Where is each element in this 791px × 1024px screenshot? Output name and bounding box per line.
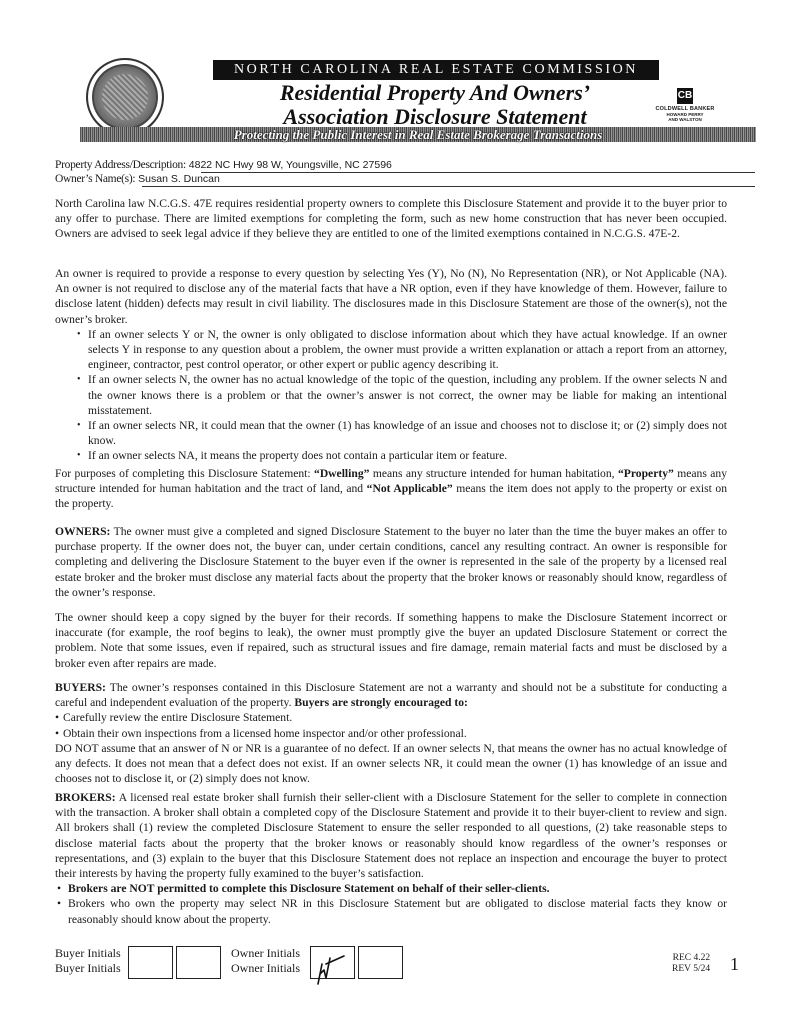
owner-initials-labels: Owner Initials Owner Initials — [231, 946, 300, 976]
list-item: If an owner selects NR, it could mean th… — [77, 418, 727, 448]
owner-initials-signature-icon — [306, 950, 351, 986]
buyers-emphasis: Buyers are strongly encouraged to: — [294, 696, 467, 709]
broker-logo-sub2: AND WALSTON — [655, 117, 715, 122]
buyer-initials-box-1[interactable] — [128, 946, 173, 979]
brokers-text: A licensed real estate broker shall furn… — [55, 791, 727, 880]
document-title-line1: Residential Property And Owners’ — [210, 80, 660, 106]
intro-paragraph-2: An owner is required to provide a respon… — [55, 266, 727, 327]
owner-name-value[interactable]: Susan S. Duncan — [138, 173, 220, 185]
owner-name-row: Owner’s Name(s): Susan S. Duncan — [55, 172, 755, 186]
term-property: “Property” — [618, 467, 674, 480]
form-code: REC 4.22 — [672, 953, 710, 964]
coldwell-banker-logo: CB COLDWELL BANKER HOWARD PERRY AND WALS… — [655, 88, 715, 122]
tagline-banner: Protecting the Public Interest in Real E… — [80, 127, 756, 142]
buyers-warning: DO NOT assume that an answer of N or NR … — [55, 741, 727, 787]
owner-name-label: Owner’s Name(s): — [55, 173, 135, 185]
intro-section: North Carolina law N.C.G.S. 47E requires… — [55, 196, 727, 242]
definitions-paragraph: For purposes of completing this Disclosu… — [55, 466, 727, 512]
definition-dwelling: means any structure intended for human h… — [369, 467, 618, 480]
owners-update-section: The owner should keep a copy signed by t… — [55, 610, 727, 671]
property-address-value[interactable]: 4822 NC Hwy 98 W, Youngsville, NC 27596 — [189, 159, 392, 171]
intro-paragraph-1: North Carolina law N.C.G.S. 47E requires… — [55, 196, 727, 242]
owner-initials-box-2[interactable] — [358, 946, 403, 979]
owner-initials-label-2: Owner Initials — [231, 961, 300, 976]
owners-heading: OWNERS: — [55, 525, 110, 538]
seal-emblem-icon — [102, 74, 148, 120]
buyer-initials-labels: Buyer Initials Buyer Initials — [55, 946, 121, 976]
response-options-section: An owner is required to provide a respon… — [55, 266, 727, 464]
response-options-list: If an owner selects Y or N, the owner is… — [55, 327, 727, 464]
buyer-initials-box-2[interactable] — [176, 946, 221, 979]
buyer-initials-label-2: Buyer Initials — [55, 961, 121, 976]
brokers-heading: BROKERS: — [55, 791, 116, 804]
list-item: If an owner selects N, the owner has no … — [77, 372, 727, 418]
list-item: Obtain their own inspections from a lice… — [55, 726, 727, 741]
buyers-heading: BUYERS: — [55, 681, 106, 694]
owners-update-paragraph: The owner should keep a copy signed by t… — [55, 610, 727, 671]
definitions-intro: For purposes of completing this Disclosu… — [55, 467, 314, 480]
buyers-section: BUYERS: The owner’s responses contained … — [55, 680, 727, 786]
commission-name-banner: NORTH CAROLINA REAL ESTATE COMMISSION — [213, 60, 659, 80]
brokers-paragraph: BROKERS: A licensed real estate broker s… — [55, 790, 727, 881]
buyers-list: Carefully review the entire Disclosure S… — [55, 710, 727, 740]
list-item: If an owner selects Y or N, the owner is… — [77, 327, 727, 373]
owners-section: OWNERS: The owner must give a completed … — [55, 524, 727, 600]
owners-text: The owner must give a completed and sign… — [55, 525, 727, 599]
tagline-text: Protecting the Public Interest in Real E… — [234, 127, 603, 142]
definitions-section: For purposes of completing this Disclosu… — [55, 466, 727, 512]
list-item: Brokers are NOT permitted to complete th… — [55, 881, 727, 896]
form-revision-info: REC 4.22 REV 5/24 — [672, 953, 710, 975]
owner-name-underline — [142, 186, 755, 187]
buyers-paragraph: BUYERS: The owner’s responses contained … — [55, 680, 727, 710]
list-item: Carefully review the entire Disclosure S… — [55, 710, 727, 725]
property-address-row: Property Address/Description: 4822 NC Hw… — [55, 158, 755, 172]
term-dwelling: “Dwelling” — [314, 467, 369, 480]
cb-mark-icon: CB — [677, 88, 693, 104]
form-revision: REV 5/24 — [672, 964, 710, 975]
property-address-label: Property Address/Description: — [55, 159, 186, 171]
term-not-applicable: “Not Applicable” — [367, 482, 453, 495]
buyer-initials-label-1: Buyer Initials — [55, 946, 121, 961]
nc-real-estate-commission-seal — [86, 58, 164, 136]
list-item: If an owner selects NA, it means the pro… — [77, 448, 727, 463]
brokers-list: Brokers are NOT permitted to complete th… — [55, 881, 727, 927]
owners-paragraph: OWNERS: The owner must give a completed … — [55, 524, 727, 600]
owner-initials-label-1: Owner Initials — [231, 946, 300, 961]
list-item: Brokers who own the property may select … — [55, 896, 727, 926]
brokers-section: BROKERS: A licensed real estate broker s… — [55, 790, 727, 927]
page-number: 1 — [730, 954, 739, 975]
brokers-bold-rule: Brokers are NOT permitted to complete th… — [68, 882, 550, 895]
